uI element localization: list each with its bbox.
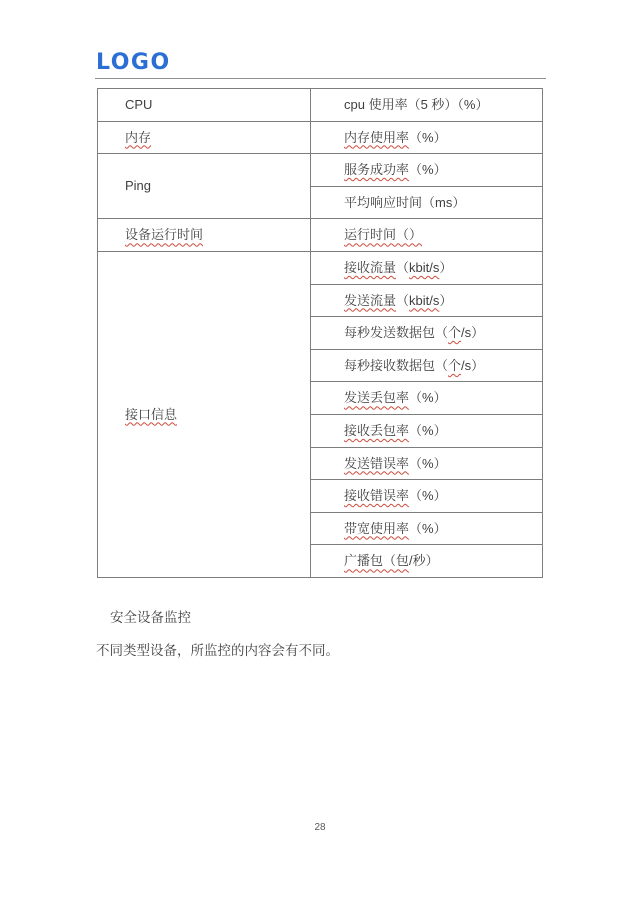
cell-text: （%） [409, 130, 447, 145]
cell-text: （%） [409, 456, 447, 471]
metric-cell: 接收错误率（%） [311, 480, 543, 513]
metric-cell: 发送丢包率（%） [311, 382, 543, 415]
metric-cell: 接收丢包率（%） [311, 414, 543, 447]
cell-text: /秒） [409, 553, 439, 568]
cell-text: （%） [409, 423, 447, 438]
spellcheck-flagged-text: 接收流量 [344, 260, 396, 275]
spellcheck-flagged-text: 接口信息 [125, 407, 177, 422]
cell-text: 每秒发送数据包（ [344, 325, 448, 340]
cell-text: （%） [409, 521, 447, 536]
table-row: 接口信息接收流量（kbit/s） [98, 251, 543, 284]
category-cell: 设备运行时间 [98, 219, 311, 252]
logo: LOGO [96, 50, 171, 75]
spellcheck-flagged-text: 接收丢包率 [344, 423, 409, 438]
metric-cell: 平均响应时间（ms） [311, 186, 543, 219]
cell-text: （%） [409, 390, 447, 405]
spellcheck-flagged-text: 发送流量 [344, 293, 396, 308]
cell-text: cpu 使用率（5 秒）（%） [344, 97, 488, 112]
table-row: CPUcpu 使用率（5 秒）（%） [98, 89, 543, 122]
spellcheck-flagged-text: kbit/s [409, 293, 439, 308]
spellcheck-flagged-text: 发送错误率 [344, 456, 409, 471]
table-row: 设备运行时间运行时间（） [98, 219, 543, 252]
metric-cell: 接收流量（kbit/s） [311, 251, 543, 284]
header-divider [95, 78, 546, 79]
metric-cell: cpu 使用率（5 秒）（%） [311, 89, 543, 122]
monitoring-metrics-table: CPUcpu 使用率（5 秒）（%）内存内存使用率（%）Ping服务成功率（%）… [97, 88, 543, 578]
monitor-table-body: CPUcpu 使用率（5 秒）（%）内存内存使用率（%）Ping服务成功率（%）… [98, 89, 543, 578]
cell-text: （ [396, 260, 409, 275]
cell-text: Ping [125, 178, 151, 193]
spellcheck-flagged-text: 广播包（包 [344, 553, 409, 568]
cell-text: 每秒接收数据包（ [344, 358, 448, 373]
spellcheck-flagged-text: 接收错误率 [344, 488, 409, 503]
cell-text: 平均响应时间（ms） [344, 195, 465, 210]
spellcheck-flagged-text: 内存使用率 [344, 130, 409, 145]
metric-cell: 发送错误率（%） [311, 447, 543, 480]
section-heading: 安全设备监控 [110, 606, 191, 626]
metric-cell: 运行时间（） [311, 219, 543, 252]
table-row: 内存内存使用率（%） [98, 121, 543, 154]
category-cell: 内存 [98, 121, 311, 154]
metric-cell: 每秒发送数据包（个/s） [311, 317, 543, 350]
spellcheck-flagged-text: 发送丢包率 [344, 390, 409, 405]
metric-cell: 带宽使用率（%） [311, 512, 543, 545]
metric-cell: 广播包（包/秒） [311, 545, 543, 578]
spellcheck-flagged-text: 带宽使用率 [344, 521, 409, 536]
cell-text: ） [439, 260, 452, 275]
section-body-text: 不同类型设备，所监控的内容会有不同。 [96, 639, 339, 659]
cell-text: ） [439, 293, 452, 308]
spellcheck-flagged-text: 内存 [125, 130, 151, 145]
spellcheck-flagged-text: 运行时间（） [344, 227, 422, 242]
cell-text: （ [396, 293, 409, 308]
metric-cell: 发送流量（kbit/s） [311, 284, 543, 317]
cell-text: /s） [461, 358, 484, 373]
spellcheck-flagged-text: 个 [448, 358, 461, 373]
metric-cell: 每秒接收数据包（个/s） [311, 349, 543, 382]
spellcheck-flagged-text: 个 [448, 325, 461, 340]
cell-text: （%） [409, 162, 447, 177]
table-row: Ping服务成功率（%） [98, 154, 543, 187]
document-page: LOGO CPUcpu 使用率（5 秒）（%）内存内存使用率（%）Ping服务成… [0, 0, 640, 906]
category-cell: Ping [98, 154, 311, 219]
cell-text: CPU [125, 97, 152, 112]
metric-cell: 服务成功率（%） [311, 154, 543, 187]
cell-text: /s） [461, 325, 484, 340]
category-cell: 接口信息 [98, 251, 311, 577]
spellcheck-flagged-text: 服务成功率 [344, 162, 409, 177]
page-number: 28 [0, 822, 640, 833]
spellcheck-flagged-text: 设备运行时间 [125, 227, 203, 242]
cell-text: （%） [409, 488, 447, 503]
metric-cell: 内存使用率（%） [311, 121, 543, 154]
spellcheck-flagged-text: kbit/s [409, 260, 439, 275]
category-cell: CPU [98, 89, 311, 122]
